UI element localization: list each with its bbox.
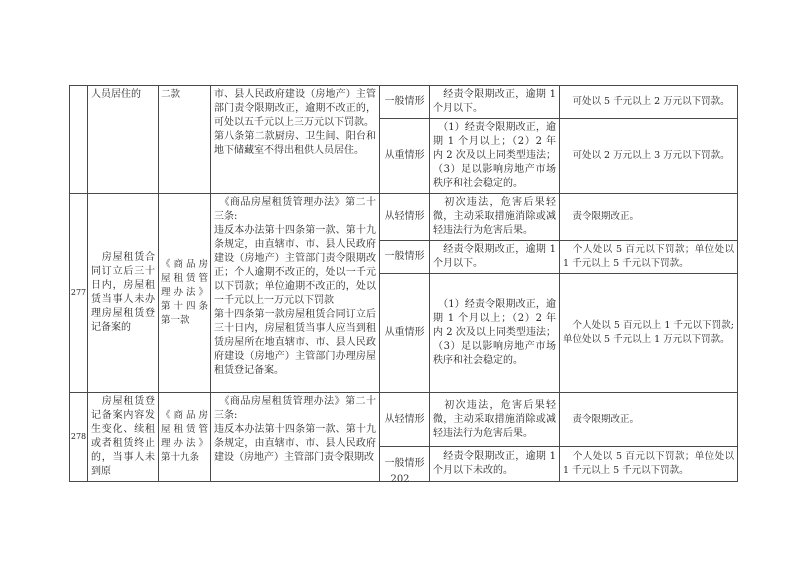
cell-scenario-penalty: 个人处以 5 百元以下罚款；单位处以 1 千元以上 5 千元以下罚款。 bbox=[560, 241, 738, 274]
cell-penalty-basis: 《商品房屋租赁管理办法》第二十三条: 违反本办法第十四条第一款、第十九条规定，由… bbox=[211, 393, 380, 482]
cell-scenario-type: 从轻情形 bbox=[380, 393, 430, 447]
cell-scenario-type: 从轻情形 bbox=[380, 194, 430, 241]
cell-scenario-penalty: 责令限期改正。 bbox=[560, 393, 738, 447]
page-number: 202 bbox=[0, 474, 800, 485]
cell-scenario-penalty: 责令限期改正。 bbox=[560, 194, 738, 241]
table-row: 277 房屋租赁合同订立后三十日内，房屋租赁当事人未办理房屋租赁登记备案的 《商… bbox=[70, 194, 738, 241]
table-row: 278 房屋租赁登记备案内容发生变化、续租或者租赁终止的，当事人未到原 《商品房… bbox=[70, 393, 738, 447]
cell-penalty-basis: 《商品房屋租赁管理办法》第二十三条: 违反本办法第十四条第一款、第十九条规定，由… bbox=[211, 194, 380, 393]
cell-scenario-type: 一般情形 bbox=[380, 86, 430, 119]
document-page: 人员居住的 二款 市、县人民政府建设（房地产）主管部门责令限期改正，逾期不改正的… bbox=[0, 0, 800, 565]
cell-scenario-type: 从重情形 bbox=[380, 119, 430, 194]
cell-scenario-type: 一般情形 bbox=[380, 241, 430, 274]
cell-legal-basis: 二款 bbox=[159, 86, 211, 194]
cell-scenario-penalty: 可处以 2 万元以上 3 万元以下罚款。 bbox=[560, 119, 738, 194]
cell-legal-basis: 《商品房屋租赁管理办法》第十四条第一款 bbox=[159, 194, 211, 393]
cell-violation: 房屋租赁合同订立后三十日内，房屋租赁当事人未办理房屋租赁登记备案的 bbox=[88, 194, 159, 393]
cell-violation: 房屋租赁登记备案内容发生变化、续租或者租赁终止的，当事人未到原 bbox=[88, 393, 159, 482]
cell-id: 278 bbox=[70, 393, 88, 482]
cell-scenario-condition: （1）经责令限期改正，逾期 1 个月以上；（2）2 年内 2 次及以上同类型违法… bbox=[430, 119, 560, 194]
cell-scenario-condition: 初次违法，危害后果轻微，主动采取措施消除或减轻违法行为危害后果。 bbox=[430, 194, 560, 241]
cell-id: 277 bbox=[70, 194, 88, 393]
cell-penalty-basis: 市、县人民政府建设（房地产）主管部门责令限期改正，逾期不改正的，可处以五千元以上… bbox=[211, 86, 380, 194]
cell-scenario-penalty: 个人处以 5 百元以上 1 千元以下罚款;单位处以 5 千元以上 1 万元以下罚… bbox=[560, 274, 738, 393]
cell-id bbox=[70, 86, 88, 194]
cell-scenario-condition: 经责令限期改正，逾期 1 个月以下。 bbox=[430, 241, 560, 274]
cell-legal-basis: 《商品房屋租赁管理办法》第十九条 bbox=[159, 393, 211, 482]
cell-scenario-condition: 经责令限期改正，逾期 1 个月以下。 bbox=[430, 86, 560, 119]
table-row: 人员居住的 二款 市、县人民政府建设（房地产）主管部门责令限期改正，逾期不改正的… bbox=[70, 86, 738, 119]
cell-scenario-condition: 初次违法，危害后果轻微，主动采取措施消除或减轻违法行为危害后果。 bbox=[430, 393, 560, 447]
penalty-table: 人员居住的 二款 市、县人民政府建设（房地产）主管部门责令限期改正，逾期不改正的… bbox=[69, 85, 738, 482]
cell-scenario-penalty: 可处以 5 千元以上 2 万元以下罚款。 bbox=[560, 86, 738, 119]
cell-violation: 人员居住的 bbox=[88, 86, 159, 194]
cell-scenario-type: 从重情形 bbox=[380, 274, 430, 393]
cell-scenario-condition: （1）经责令限期改正，逾期 1 个月以上；（2）2 年内 2 次及以上同类型违法… bbox=[430, 274, 560, 393]
